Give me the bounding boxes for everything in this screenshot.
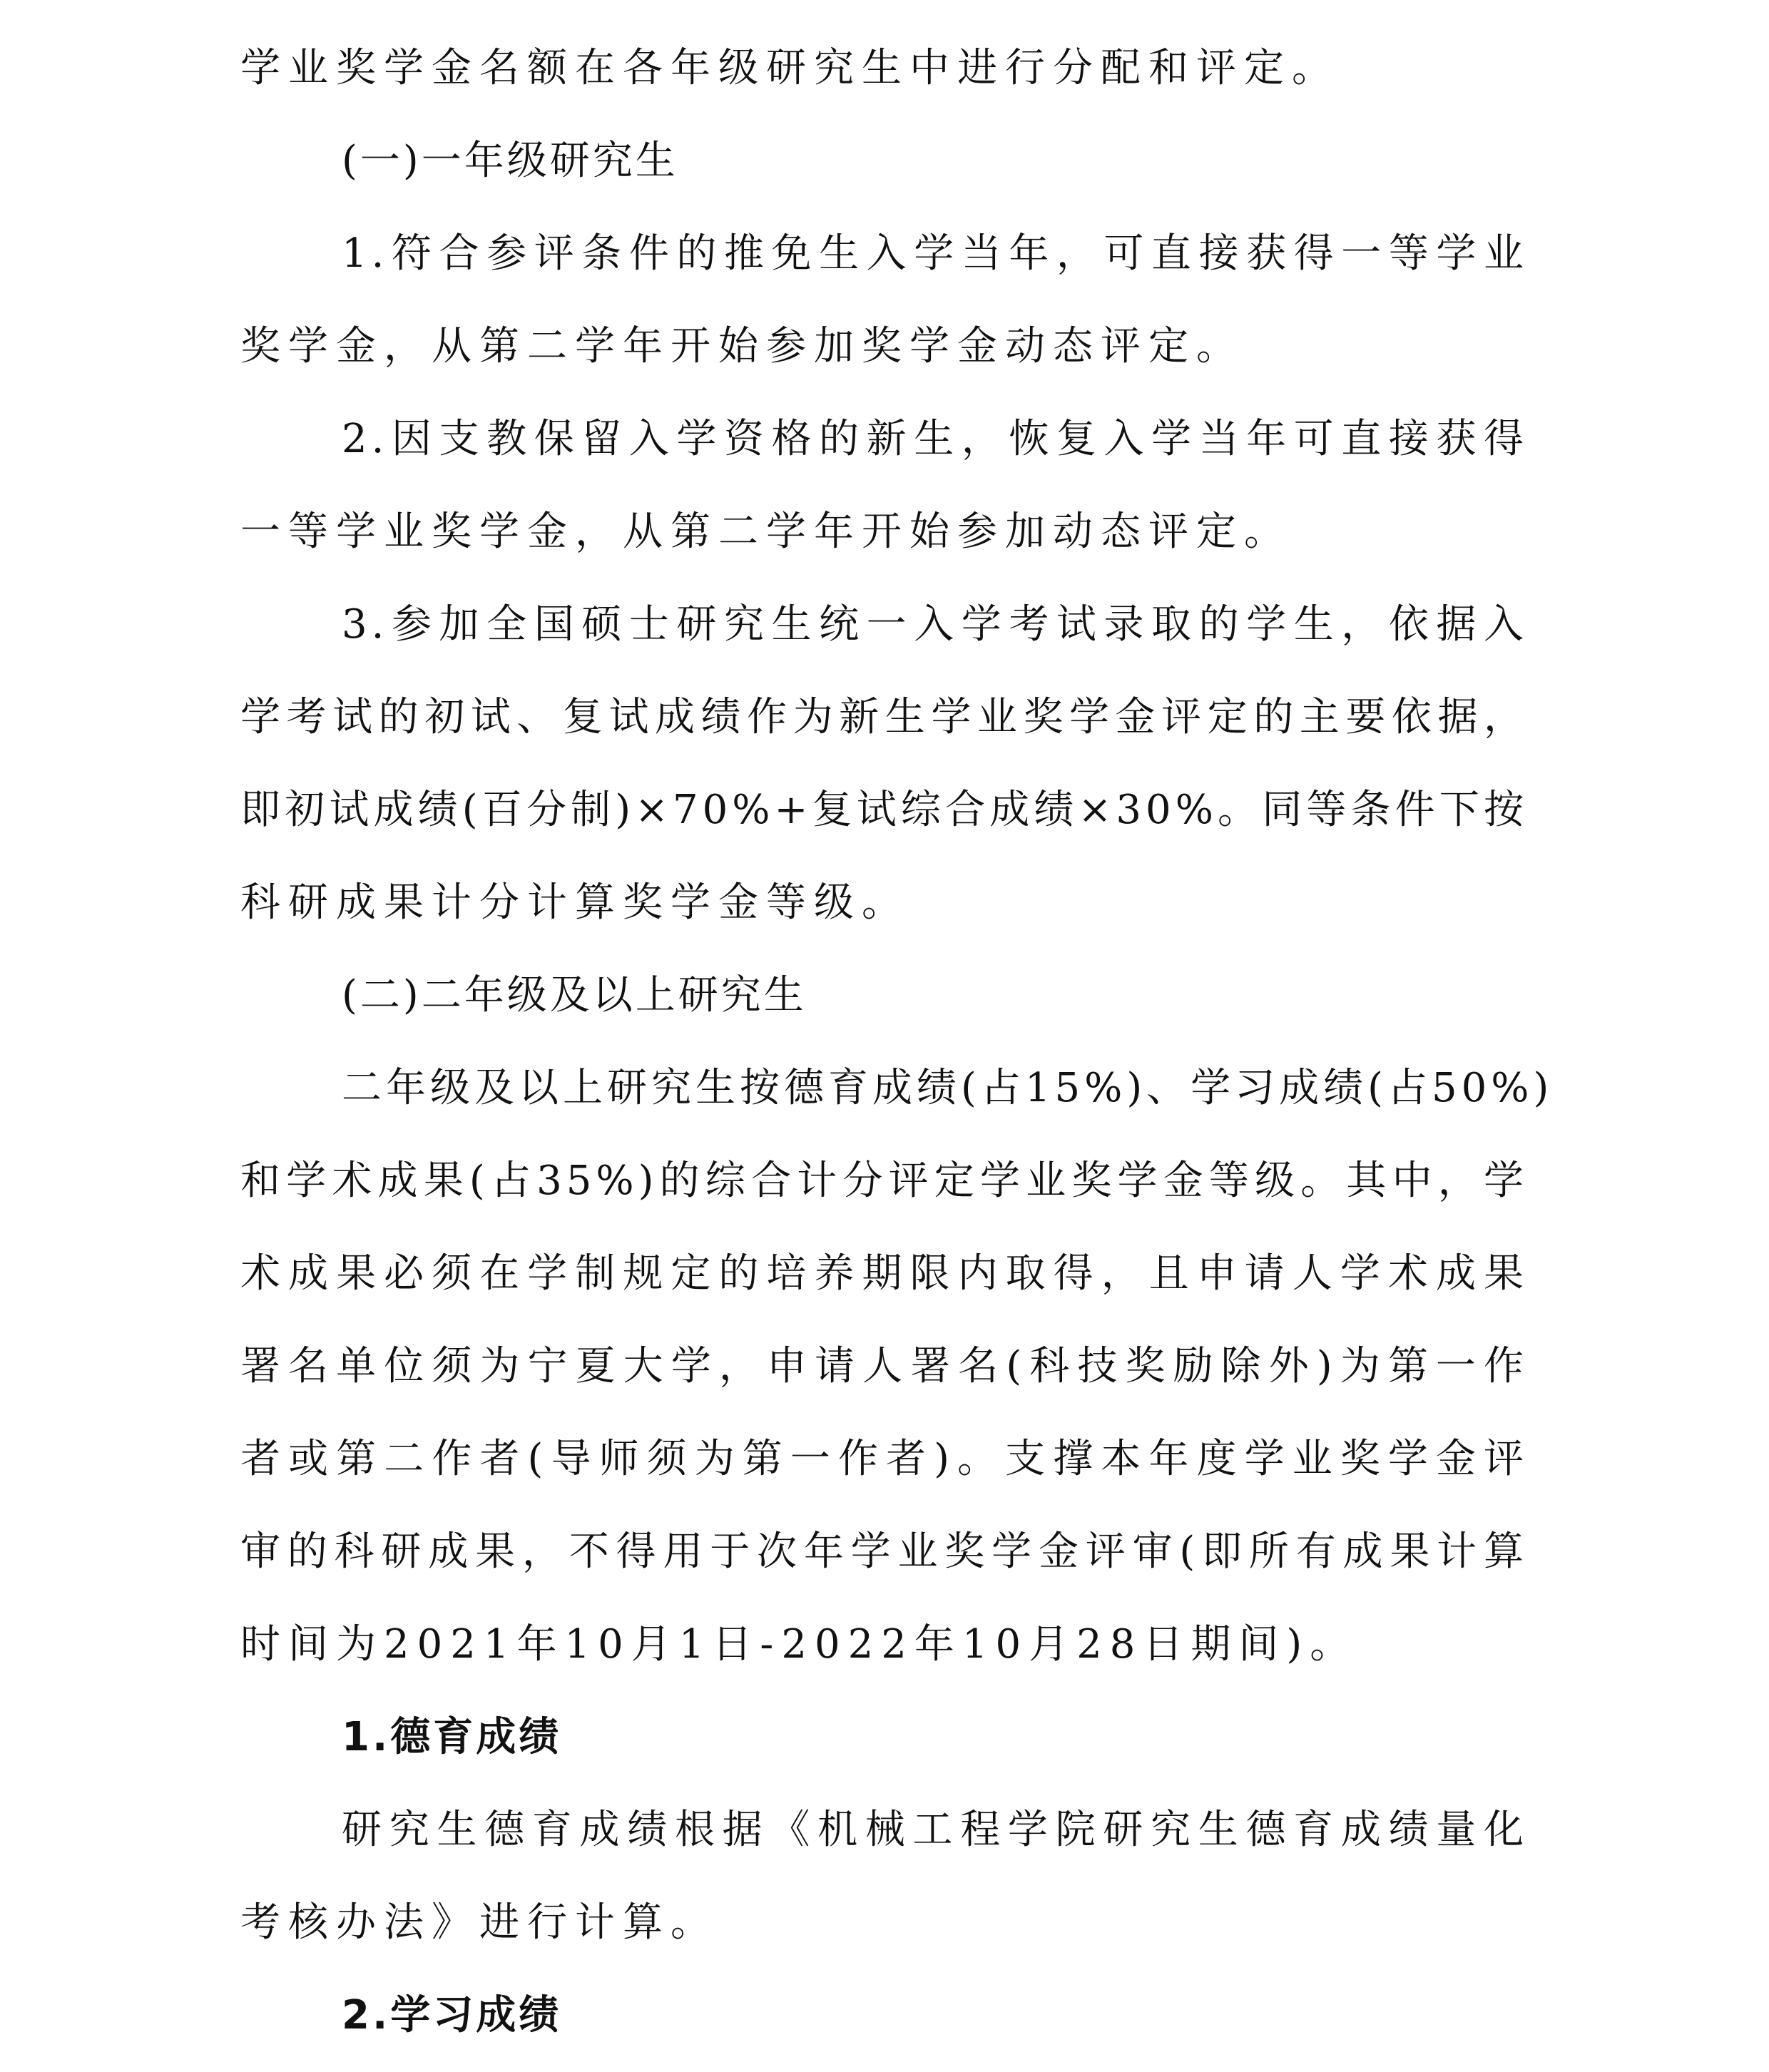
paragraph-line: 奖学金，从第二学年开始参加奖学金动态评定。 — [240, 300, 1528, 393]
document-page: 学业奖学金名额在各年级研究生中进行分配和评定。 (一)一年级研究生 1.符合参评… — [240, 22, 1528, 2062]
paragraph-line: 2.因支教保留入学资格的新生，恢复入学当年可直接获得 — [240, 393, 1528, 486]
paragraph-line: 1.符合参评条件的推免生入学当年，可直接获得一等学业 — [240, 208, 1528, 300]
paragraph-line: 二年级及以上研究生按德育成绩(占15%)、学习成绩(占50%) — [240, 1042, 1528, 1135]
paragraph-line: 3.参加全国硕士研究生统一入学考试录取的学生，依据入 — [240, 578, 1528, 671]
paragraph-line: 署名单位须为宁夏大学，申请人署名(科技奖励除外)为第一作 — [240, 1320, 1528, 1413]
paragraph-line: 即初试成绩(百分制)×70%+复试综合成绩×30%。同等条件下按 — [240, 764, 1528, 857]
paragraph-line: 学业奖学金名额在各年级研究生中进行分配和评定。 — [240, 22, 1528, 115]
paragraph-line: 一等学业奖学金，从第二学年开始参加动态评定。 — [240, 486, 1528, 578]
subheading-academic-score: 2.学习成绩 — [240, 1969, 1528, 2062]
paragraph-line: 审的科研成果，不得用于次年学业奖学金评审(即所有成果计算 — [240, 1506, 1528, 1598]
section-heading-second-year: (二)二年级及以上研究生 — [240, 949, 1528, 1042]
paragraph-line: 学考试的初试、复试成绩作为新生学业奖学金评定的主要依据， — [240, 671, 1528, 764]
paragraph-line: 考核办法》进行计算。 — [240, 1877, 1528, 1969]
subheading-moral-score: 1.德育成绩 — [240, 1691, 1528, 1784]
paragraph-line: 研究生德育成绩根据《机械工程学院研究生德育成绩量化 — [240, 1784, 1528, 1877]
paragraph-line: 术成果必须在学制规定的培养期限内取得，且申请人学术成果 — [240, 1228, 1528, 1320]
paragraph-line: 者或第二作者(导师须为第一作者)。支撑本年度学业奖学金评 — [240, 1413, 1528, 1506]
paragraph-line: 科研成果计分计算奖学金等级。 — [240, 857, 1528, 949]
paragraph-line: 时间为2021年10月1日-2022年10月28日期间)。 — [240, 1598, 1528, 1691]
paragraph-line: 和学术成果(占35%)的综合计分评定学业奖学金等级。其中，学 — [240, 1135, 1528, 1228]
section-heading-first-year: (一)一年级研究生 — [240, 115, 1528, 208]
